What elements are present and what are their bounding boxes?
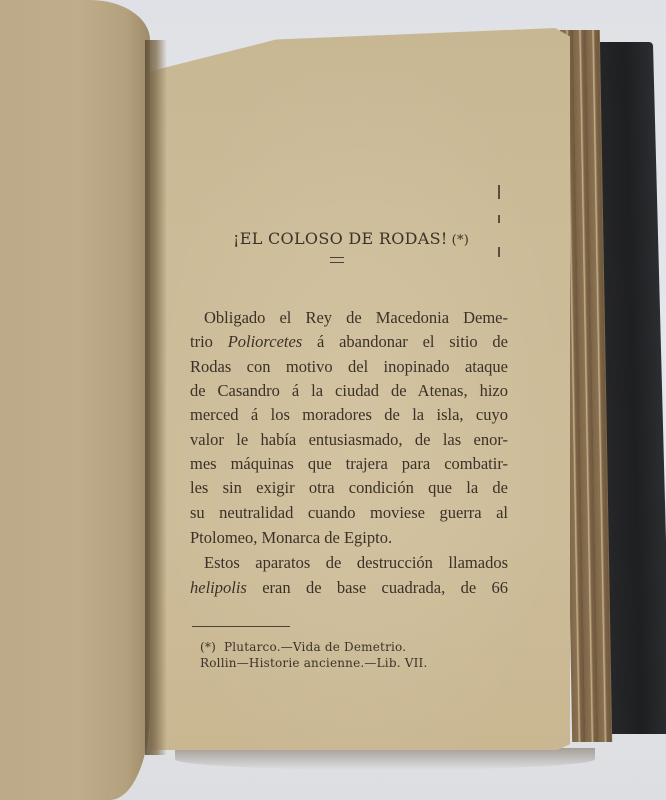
italic-name: Poliorcetes — [228, 332, 303, 351]
body-line: merced á los moradores de la isla, cuyo — [190, 405, 508, 425]
body-text: eran de base cuadrada, de 66 — [262, 578, 508, 597]
body-line: Estos aparatos de destrucción llamados — [204, 553, 508, 573]
body-line: valor le había entusiasmado, de las enor… — [190, 430, 508, 450]
gutter-shadow — [145, 40, 167, 755]
title-double-rule — [330, 257, 344, 263]
left-facing-page — [0, 0, 150, 800]
footnote-text: Plutarco.—Vida de Demetrio. — [224, 640, 406, 654]
italic-term: helipolis — [190, 578, 247, 597]
body-line: Rodas con motivo del inopinado ataque — [190, 357, 508, 377]
body-line: mes máquinas que trajera para combatir- — [190, 454, 508, 474]
margin-marks — [498, 185, 501, 260]
chapter-title: ¡EL COLOSO DE RODAS!(*) — [233, 229, 469, 248]
body-line: Ptolomeo, Monarca de Egipto. — [190, 528, 508, 548]
footnote-rule — [192, 626, 290, 627]
body-line: trio Poliorcetes á abandonar el sitio de — [190, 332, 508, 352]
footnote-marker: (*) — [452, 233, 470, 248]
footnote-marker: (*) — [200, 640, 216, 654]
page-shadow — [175, 748, 595, 770]
body-line: Obligado el Rey de Macedonia Deme- — [204, 308, 508, 328]
body-text: trio — [190, 332, 213, 351]
chapter-title-text: ¡EL COLOSO DE RODAS! — [233, 229, 448, 248]
footnote-1: (*) Plutarco.—Vida de Demetrio. — [200, 640, 406, 654]
body-line: helipolis eran de base cuadrada, de 66 — [190, 578, 508, 598]
body-text: á abandonar el sitio de — [317, 332, 508, 351]
body-line: su neutralidad cuando moviese guerra al — [190, 503, 508, 523]
footnote-2: Rollin—Historie ancienne.—Lib. VII. — [200, 656, 428, 670]
body-line: de Casandro á la ciudad de Atenas, hizo — [190, 381, 508, 401]
body-line: les sin exigir otra condición que la de — [190, 478, 508, 498]
book-photo: ¡EL COLOSO DE RODAS!(*) Obligado el Rey … — [0, 0, 666, 800]
